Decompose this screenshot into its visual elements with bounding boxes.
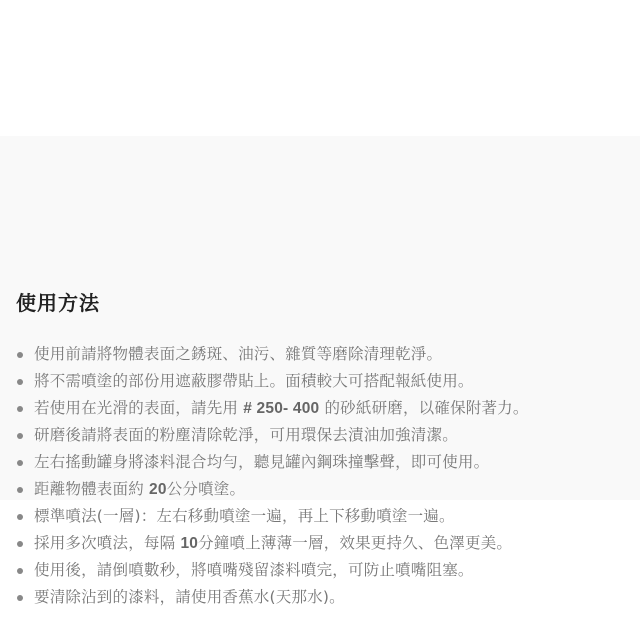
section-title: 使用方法 bbox=[16, 288, 100, 318]
bullet-icon bbox=[17, 541, 23, 547]
bullet-icon bbox=[17, 568, 23, 574]
bullet-icon bbox=[17, 460, 23, 466]
list-item: 標準噴法(一層)：左右移動噴塗一遍，再上下移動噴塗一遍。 bbox=[0, 503, 640, 530]
list-item: 研磨後請將表面的粉塵清除乾淨，可用環保去漬油加強清潔。 bbox=[0, 422, 640, 449]
item-text: 距離物體表面約 bbox=[34, 480, 149, 498]
list-item: 左右搖動罐身將漆料混合均勻，聽見罐內鋼珠撞擊聲，即可使用。 bbox=[0, 449, 640, 476]
list-item: 將不需噴塗的部份用遮蔽膠帶貼上。面積較大可搭配報紙使用。 bbox=[0, 368, 640, 395]
item-text: 若使用在光滑的表面，請先用 bbox=[34, 399, 243, 417]
bullet-icon bbox=[17, 352, 23, 358]
item-text: 左右搖動罐身將漆料混合均勻，聽見罐內鋼珠撞擊聲，即可使用。 bbox=[34, 453, 489, 471]
interval-value: 10 bbox=[180, 535, 198, 552]
item-text: 使用前請將物體表面之銹斑、油污、雜質等磨除清理乾淨。 bbox=[34, 345, 442, 363]
list-item: 使用前請將物體表面之銹斑、油污、雜質等磨除清理乾淨。 bbox=[0, 341, 640, 368]
item-text: 採用多次噴法，每隔 bbox=[34, 534, 180, 552]
item-text: 標準噴法(一層)：左右移動噴塗一遍，再上下移動噴塗一遍。 bbox=[34, 507, 455, 525]
list-item: 使用後，請倒噴數秒，將噴嘴殘留漆料噴完，可防止噴嘴阻塞。 bbox=[0, 557, 640, 584]
distance-value: 20 bbox=[149, 481, 167, 498]
list-item: 距離物體表面約 20公分噴塗。 bbox=[0, 476, 640, 503]
bullet-icon bbox=[17, 514, 23, 520]
item-text: 使用後，請倒噴數秒，將噴嘴殘留漆料噴完，可防止噴嘴阻塞。 bbox=[34, 561, 474, 579]
bullet-icon bbox=[17, 406, 23, 412]
list-item: 採用多次噴法，每隔 10分鐘噴上薄薄一層，效果更持久、色澤更美。 bbox=[0, 530, 640, 557]
item-text: 要清除沾到的漆料，請使用香蕉水(天那水)。 bbox=[34, 588, 345, 606]
bullet-icon bbox=[17, 595, 23, 601]
list-item: 要清除沾到的漆料，請使用香蕉水(天那水)。 bbox=[0, 584, 640, 611]
bullet-icon bbox=[17, 433, 23, 439]
usage-section-panel: 使用方法 使用前請將物體表面之銹斑、油污、雜質等磨除清理乾淨。 將不需噴塗的部份… bbox=[0, 136, 640, 500]
instruction-list: 使用前請將物體表面之銹斑、油污、雜質等磨除清理乾淨。 將不需噴塗的部份用遮蔽膠帶… bbox=[0, 341, 640, 611]
grit-range: # 250- 400 bbox=[243, 400, 319, 417]
item-text: 研磨後請將表面的粉塵清除乾淨，可用環保去漬油加強清潔。 bbox=[34, 426, 458, 444]
list-item: 若使用在光滑的表面，請先用 # 250- 400 的砂紙研磨，以確保附著力。 bbox=[0, 395, 640, 422]
bullet-icon bbox=[17, 487, 23, 493]
item-text: 將不需噴塗的部份用遮蔽膠帶貼上。面積較大可搭配報紙使用。 bbox=[34, 372, 474, 390]
bullet-icon bbox=[17, 379, 23, 385]
